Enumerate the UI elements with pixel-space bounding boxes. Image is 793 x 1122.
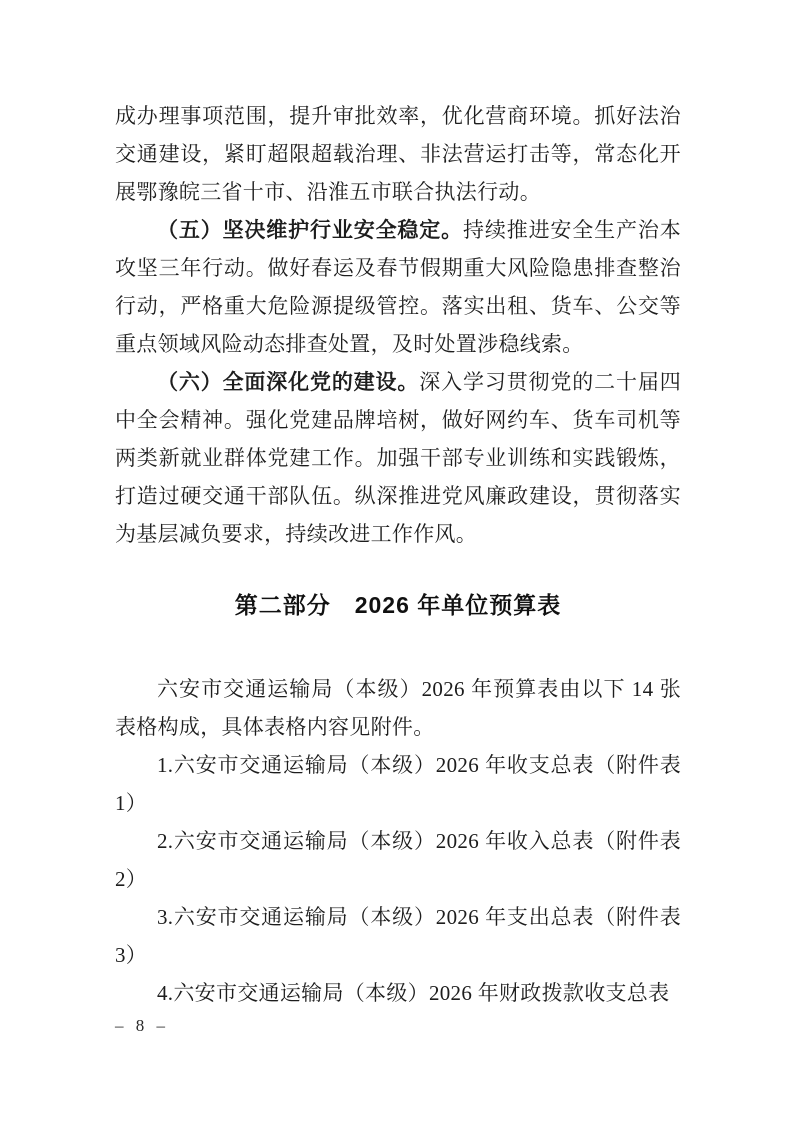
paragraph-continuation: 成办理事项范围，提升审批效率，优化营商环境。抓好法治交通建设，紧盯超限超载治理、… — [115, 97, 681, 211]
budget-table-item-3: 3.六安市交通运输局（本级）2026 年支出总表（附件表3） — [115, 898, 681, 974]
budget-table-item-4: 4.六安市交通运输局（本级）2026 年财政拨款收支总表 — [115, 974, 681, 1012]
paragraph-item6-text: 深入学习贯彻党的二十届四中全会精神。强化党建品牌培树，做好网约车、货车司机等两类… — [115, 370, 681, 546]
document-content: 成办理事项范围，提升审批效率，优化营商环境。抓好法治交通建设，紧盯超限超载治理、… — [115, 97, 681, 1012]
section2-intro: 六安市交通运输局（本级）2026 年预算表由以下 14 张表格构成，具体表格内容… — [115, 670, 681, 746]
paragraph-item6: （六）全面深化党的建设。深入学习贯彻党的二十届四中全会精神。强化党建品牌培树，做… — [115, 363, 681, 553]
page-number: – 8 – — [115, 1012, 169, 1040]
paragraph-item6-lead: （六）全面深化党的建设。 — [157, 370, 419, 394]
budget-table-list: 1.六安市交通运输局（本级）2026 年收支总表（附件表1） 2.六安市交通运输… — [115, 746, 681, 1012]
section2-heading: 第二部分 2026 年单位预算表 — [115, 586, 681, 624]
paragraph-item5-lead: （五）坚决维护行业安全稳定。 — [157, 218, 463, 242]
paragraph-item5: （五）坚决维护行业安全稳定。持续推进安全生产治本攻坚三年行动。做好春运及春节假期… — [115, 211, 681, 363]
budget-table-item-2: 2.六安市交通运输局（本级）2026 年收入总表（附件表2） — [115, 822, 681, 898]
budget-table-item-1: 1.六安市交通运输局（本级）2026 年收支总表（附件表1） — [115, 746, 681, 822]
document-page: 成办理事项范围，提升审批效率，优化营商环境。抓好法治交通建设，紧盯超限超载治理、… — [0, 0, 793, 1122]
